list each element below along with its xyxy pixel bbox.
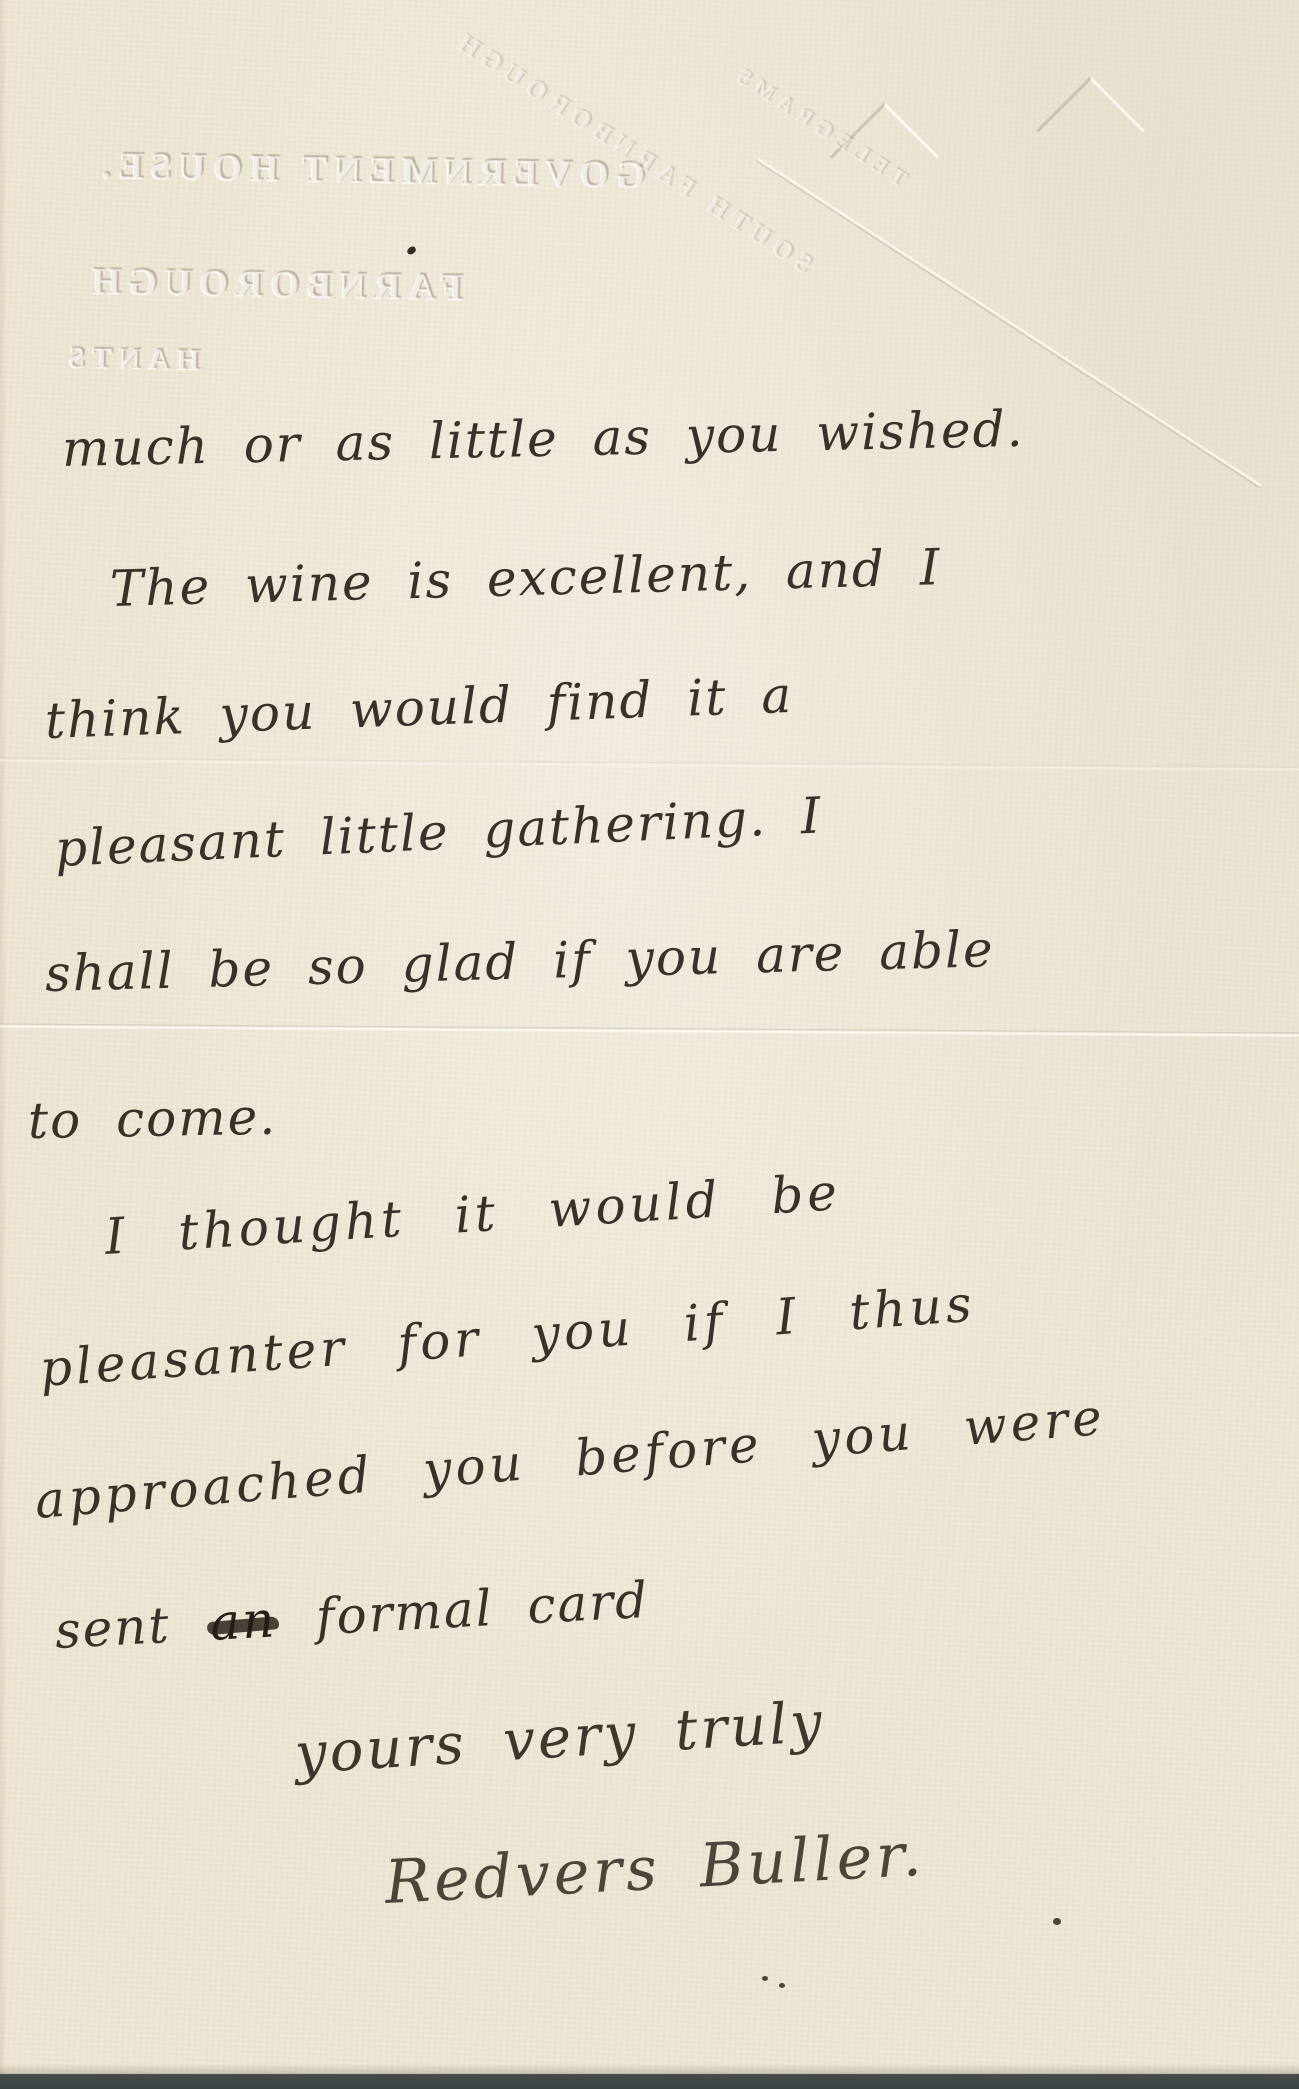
- blotted-word: an: [209, 1590, 278, 1651]
- letter-line-text: formal card: [314, 1571, 650, 1646]
- letter-line: think you would find it a: [44, 666, 794, 750]
- embossed-letterhead-line2: FARNBOROUGH: [85, 259, 464, 310]
- letter-page: GOVERNMENT HOUSE. FARNBOROUGH HANTS TELE…: [0, 0, 1299, 2089]
- letter-line: pleasanter for you if I thus: [38, 1275, 977, 1398]
- letter-line: much or as little as you wished.: [61, 400, 1025, 478]
- paper-bottom-shadow: [0, 2064, 1299, 2074]
- embossed-letterhead-line1: GOVERNMENT HOUSE.: [95, 143, 647, 197]
- letter-line-text: sent: [53, 1596, 171, 1660]
- letter-closing: yours very truly: [293, 1690, 827, 1787]
- scan-left-edge-tint: [0, 0, 7, 2089]
- fold-crease-main: [0, 1023, 1299, 1037]
- ink-dot-signature-tail: [1053, 1918, 1061, 1925]
- fold-crease-upper: [0, 757, 1299, 771]
- letter-line: The wine is excellent, and I: [109, 538, 942, 618]
- letter-line: I thought it would be: [103, 1163, 842, 1266]
- letter-line: approached you before you were: [33, 1388, 1108, 1530]
- stamp-border-chevron: [1036, 76, 1145, 185]
- embossed-letterhead-line3: HANTS: [62, 341, 201, 377]
- ink-speck: [406, 245, 417, 255]
- scan-bottom-edge: [0, 2074, 1299, 2089]
- letter-line-with-correction: sent an formal card: [53, 1571, 650, 1660]
- signature: Redvers Buller.: [383, 1820, 927, 1918]
- letter-line: shall be so glad if you are able: [44, 920, 995, 1003]
- ink-dot-under-signature: [779, 1983, 785, 1988]
- letter-line: to come.: [27, 1088, 277, 1150]
- letter-line: pleasant little gathering. I: [54, 787, 824, 878]
- ink-dot-under-signature: [762, 1976, 768, 1981]
